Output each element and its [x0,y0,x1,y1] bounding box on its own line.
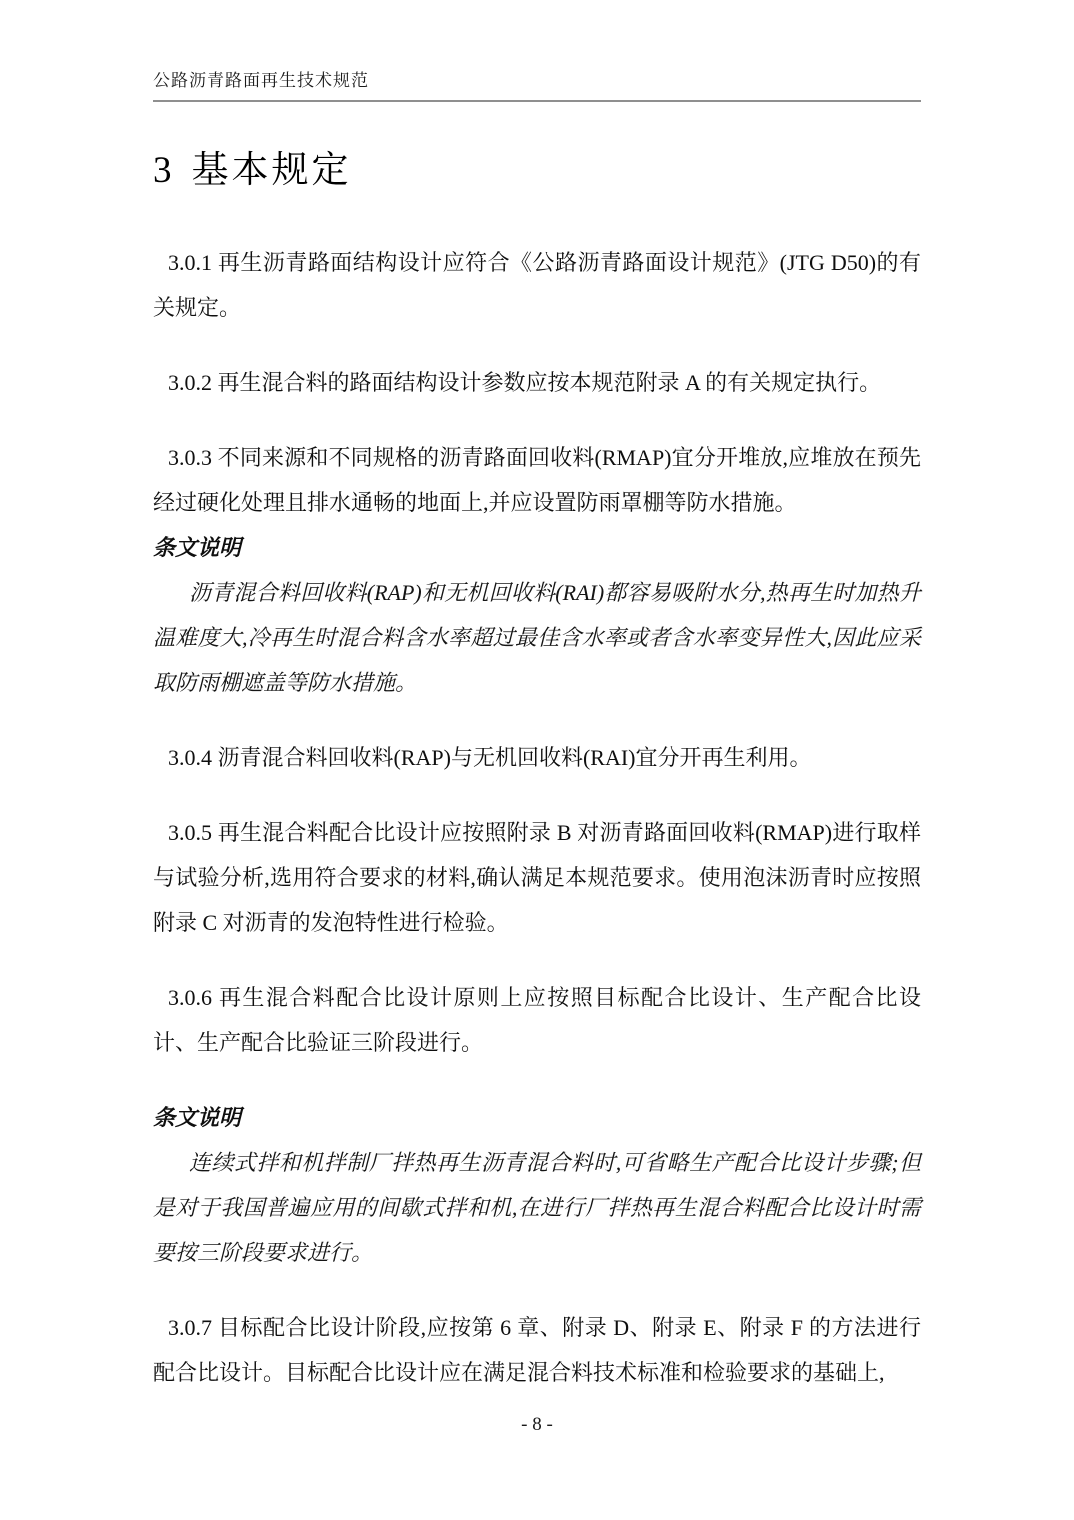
clause-3-0-7: 3.0.7 目标配合比设计阶段,应按第 6 章、附录 D、附录 E、附录 F 的… [153,1305,921,1395]
commentary-label-2: 条文说明 [153,1095,921,1140]
running-header-title: 公路沥青路面再生技术规范 [153,71,369,90]
chapter-name: 基本规定 [192,150,352,191]
clause-3-0-4: 3.0.4 沥青混合料回收料(RAP)与无机回收料(RAI)宜分开再生利用。 [153,735,921,780]
clause-3-0-1: 3.0.1 再生沥青路面结构设计应符合《公路沥青路面设计规范》(JTG D50)… [153,240,921,330]
clause-3-0-5: 3.0.5 再生混合料配合比设计应按照附录 B 对沥青路面回收料(RMAP)进行… [153,810,921,945]
chapter-number: 3 [153,150,172,191]
running-header: 公路沥青路面再生技术规范 [153,66,921,102]
clause-3-0-6: 3.0.6 再生混合料配合比设计原则上应按照目标配合比设计、生产配合比设计、生产… [153,975,921,1065]
page-footer: - 8 - [0,1414,1074,1436]
commentary-label-1: 条文说明 [153,525,921,570]
page-number: - 8 - [521,1414,553,1435]
chapter-title: 3基本规定 [153,139,921,193]
document-page: 公路沥青路面再生技术规范 3基本规定 3.0.1 再生沥青路面结构设计应符合《公… [0,0,1074,1520]
clause-3-0-2: 3.0.2 再生混合料的路面结构设计参数应按本规范附录 A 的有关规定执行。 [153,360,921,405]
clause-3-0-3: 3.0.3 不同来源和不同规格的沥青路面回收料(RMAP)宜分开堆放,应堆放在预… [153,435,921,525]
commentary-paragraph-1: 沥青混合料回收料(RAP)和无机回收料(RAI)都容易吸附水分,热再生时加热升温… [153,570,921,705]
page-content: 公路沥青路面再生技术规范 3基本规定 3.0.1 再生沥青路面结构设计应符合《公… [153,66,921,1395]
commentary-paragraph-2: 连续式拌和机拌制厂拌热再生沥青混合料时,可省略生产配合比设计步骤;但是对于我国普… [153,1140,921,1275]
